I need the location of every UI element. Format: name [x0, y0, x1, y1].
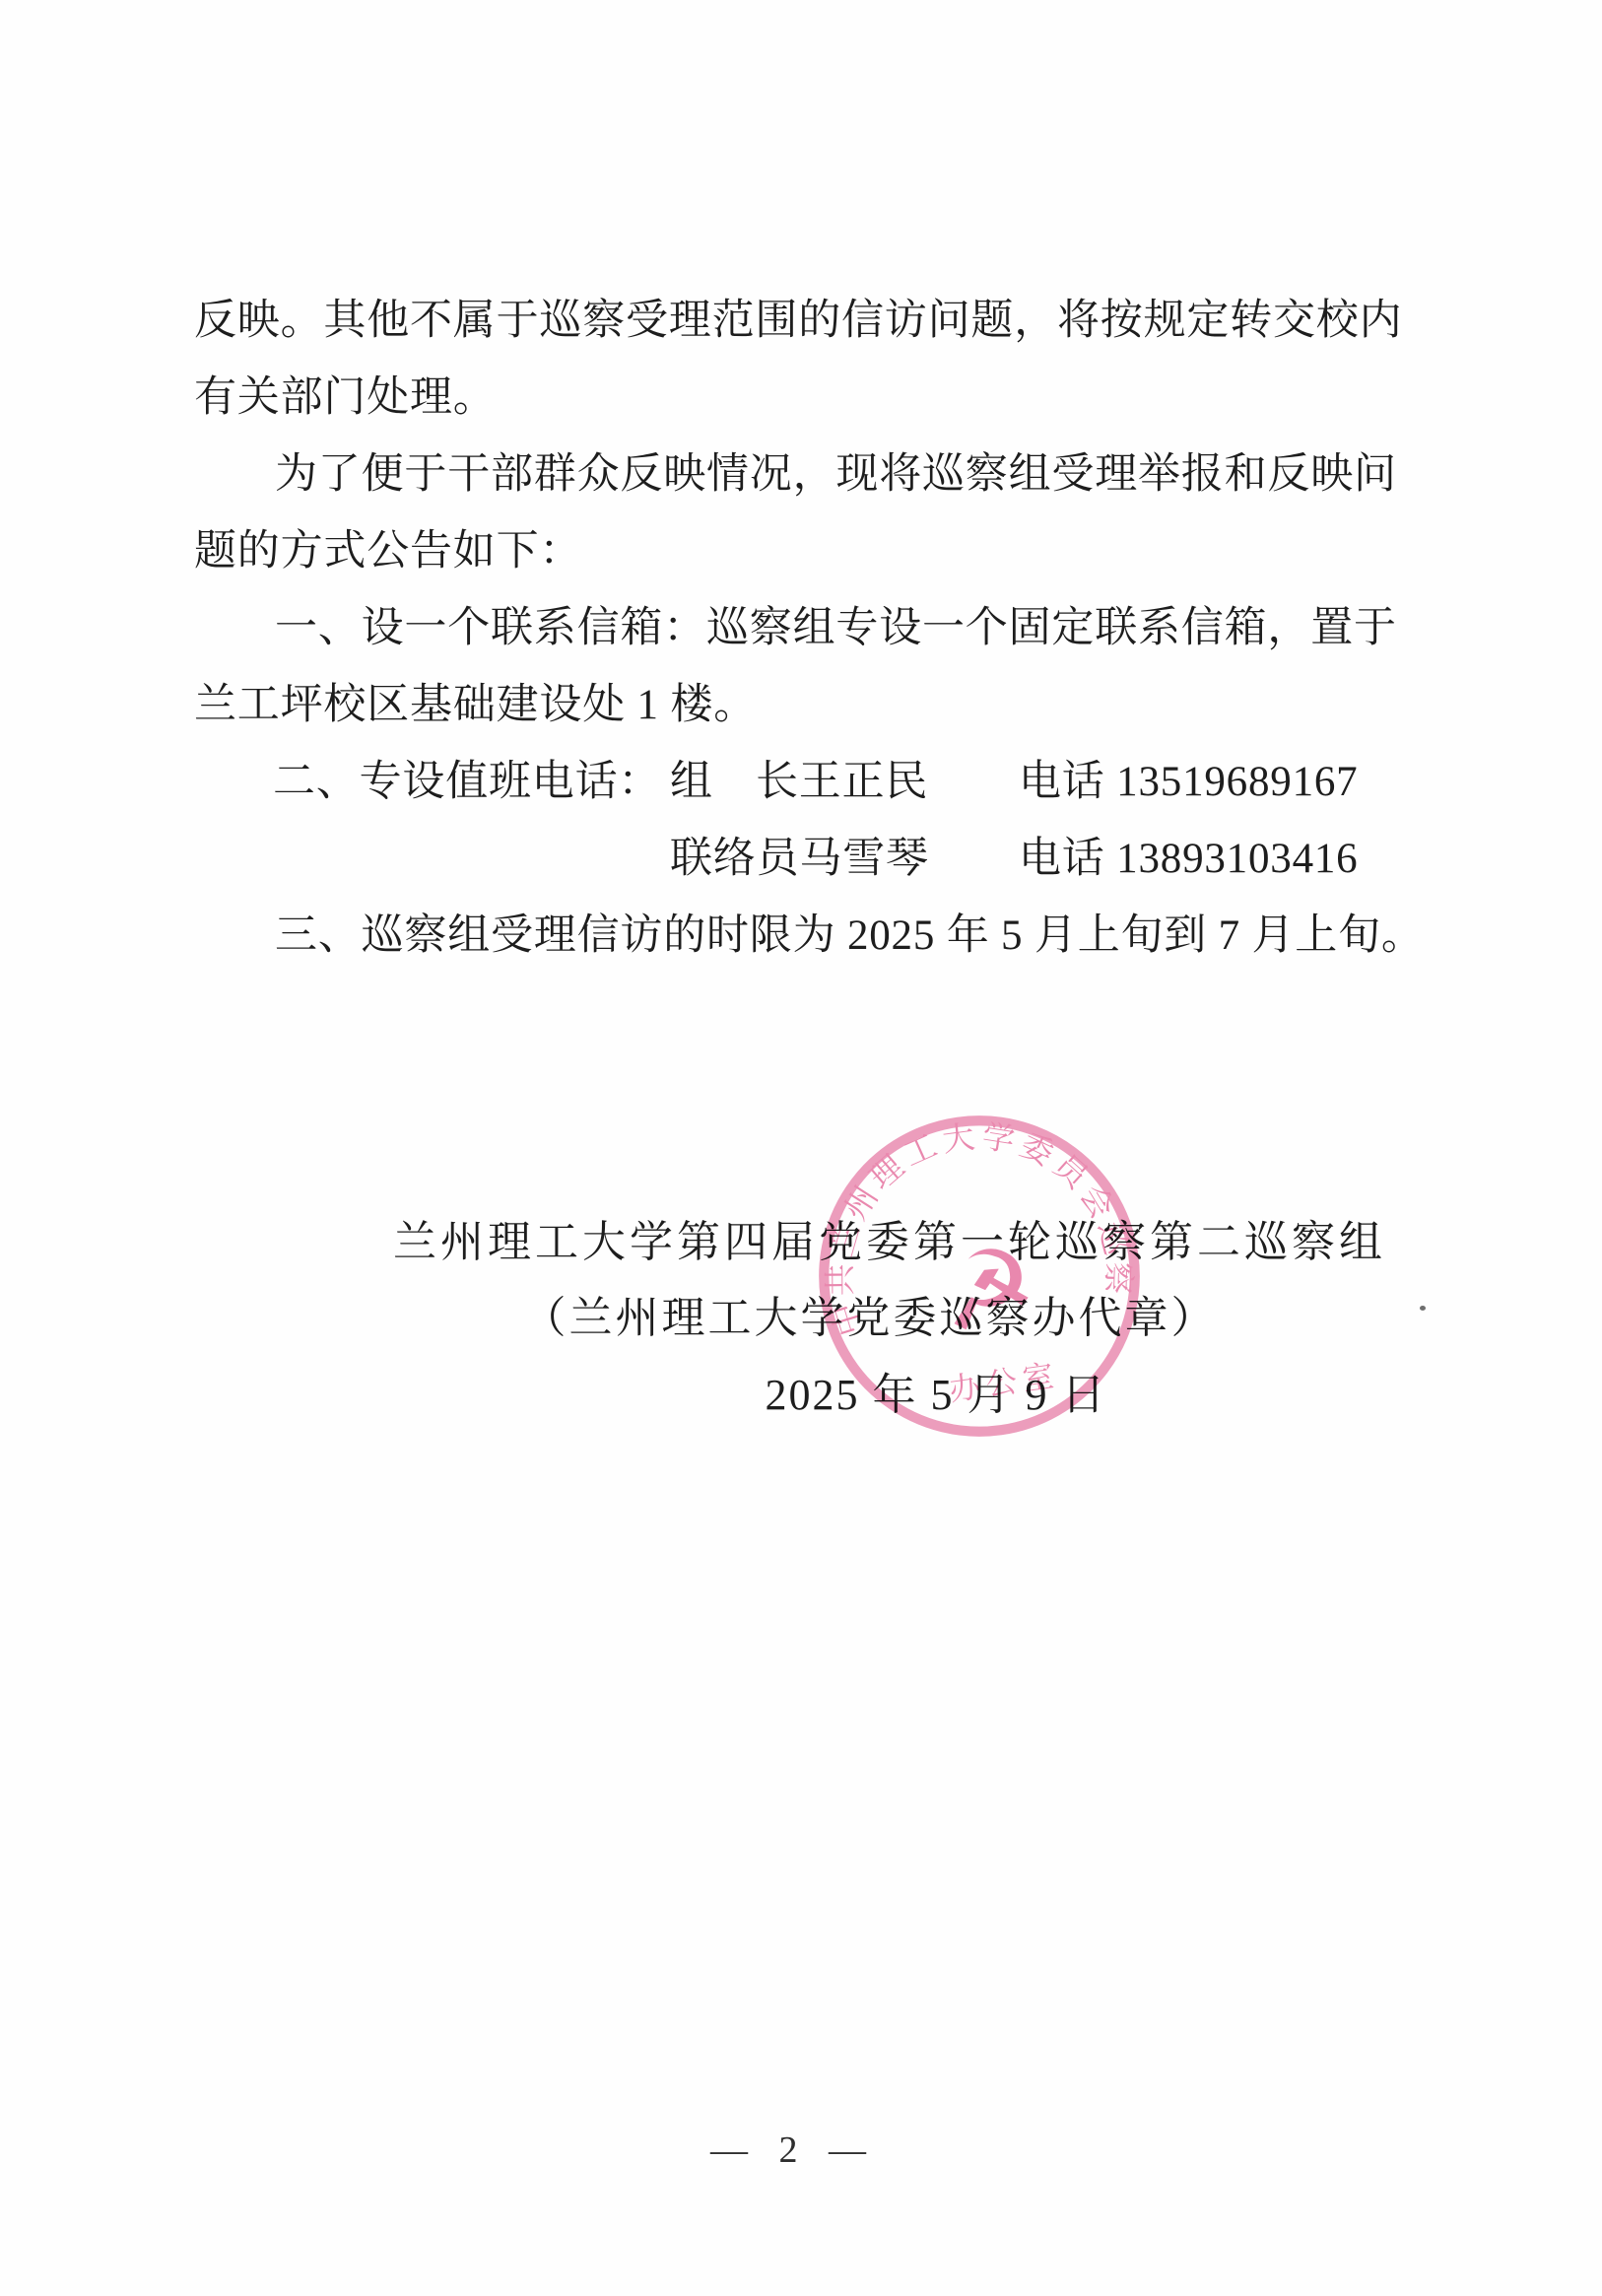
seal-bottom-text: 办公室 — [947, 1358, 1062, 1407]
phone-liaison-contact: 电话 13893103416 — [1019, 821, 1358, 898]
body-line-4: 题的方式公告如下： — [194, 513, 1435, 590]
body-line-9: 三、巡察组受理信访的时限为 2025 年 5 月上旬到 7 月上旬。 — [194, 898, 1435, 975]
body-line-3: 为了便于干部群众反映情况，现将巡察组受理举报和反映问 — [194, 437, 1435, 513]
page-number: — 2 — — [710, 2128, 866, 2172]
phone-leader-number: 13519689167 — [1116, 759, 1358, 805]
phone-liaison-name: 联络员马雪琴 — [670, 821, 929, 898]
ink-dot — [1420, 1306, 1426, 1311]
body-line-5: 一、设一个联系信箱：巡察组专设一个固定联系信箱，置于 — [194, 590, 1435, 667]
phone-leader-contact: 电话 13519689167 — [1019, 744, 1358, 821]
phone-leader-label: 电话 — [1019, 759, 1105, 805]
phone-leader-name: 长王正民 — [756, 744, 928, 821]
party-emblem-icon: ☭ — [933, 1224, 1043, 1358]
body-line-2: 有关部门处理。 — [194, 360, 1435, 437]
phone-liaison-number: 13893103416 — [1116, 836, 1358, 882]
phone-line-liaison: 联络员马雪琴 电话 13893103416 — [194, 821, 1435, 898]
official-seal: 中共兰州理工大学委员会巡察工作领导小组 ☭ 办公室 — [787, 1084, 1172, 1469]
phone-liaison-label: 电话 — [1019, 836, 1105, 882]
document-page: 反映。其他不属于巡察受理范围的信访问题，将按规定转交校内 有关部门处理。 为了便… — [0, 0, 1602, 2296]
body-line-1: 反映。其他不属于巡察受理范围的信访问题，将按规定转交校内 — [194, 283, 1435, 360]
body-line-6: 兰工坪校区基础建设处 1 楼。 — [194, 667, 1435, 744]
body-text: 反映。其他不属于巡察受理范围的信访问题，将按规定转交校内 有关部门处理。 为了便… — [194, 283, 1435, 975]
phone-leader-role: 组 — [670, 744, 713, 821]
phone-section-label: 二、专设值班电话： — [273, 744, 661, 821]
phone-line-leader: 二、专设值班电话： 组 长王正民 电话 13519689167 — [194, 744, 1435, 821]
